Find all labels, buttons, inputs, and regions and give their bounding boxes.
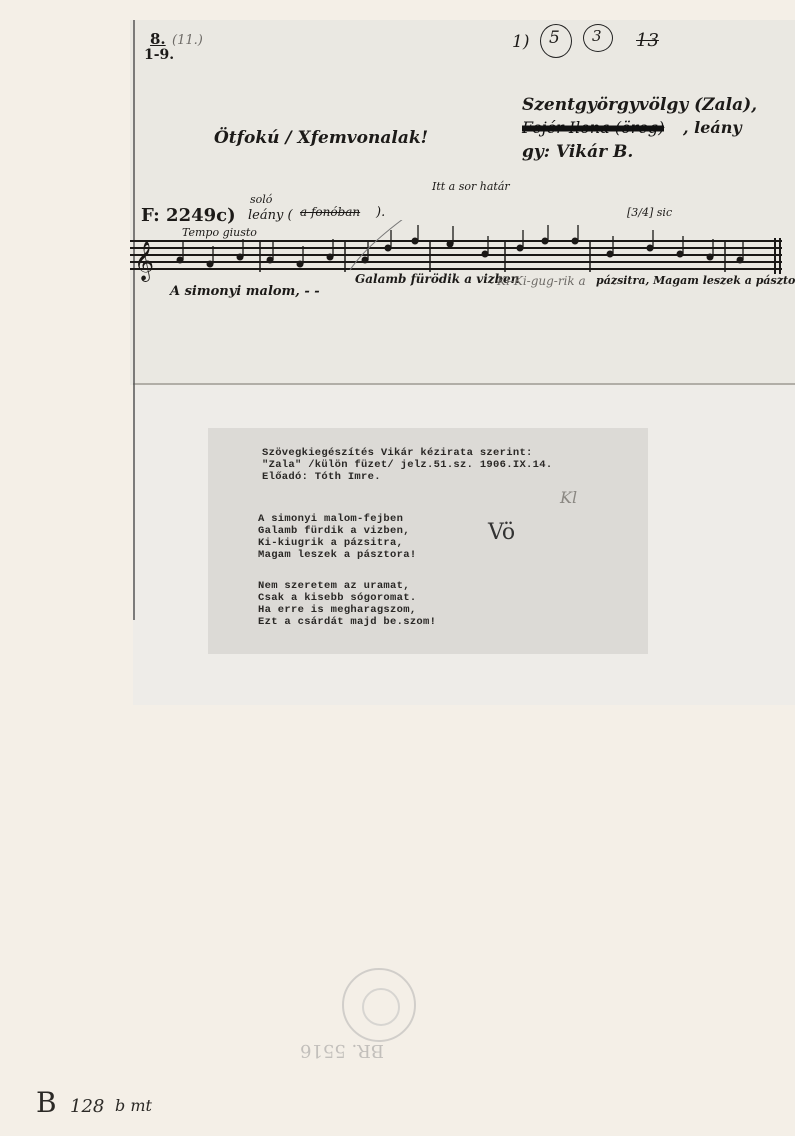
margin-mark-vo: Vö [488, 520, 515, 545]
bottom-label-letter: B [36, 1086, 57, 1119]
lyrics-3: Ki-Ki-gug-rik a [497, 274, 586, 288]
stamp-number: BR. 5516 [300, 1040, 384, 1061]
photo-left-edge [133, 20, 135, 620]
lyrics-2: Galamb fürödik a vizben [355, 272, 519, 286]
stanza-2-line-4: Ezt a csárdát majd be.szom! [258, 616, 436, 628]
location-line-1: Szentgyörgyvölgy (Zala), [522, 95, 757, 115]
number-5: 5 [549, 28, 560, 48]
tune-struck: a fonóban [300, 205, 360, 219]
svg-text:𝄞: 𝄞 [134, 241, 154, 282]
fold-line [133, 383, 795, 385]
margin-initials: Kl [560, 488, 577, 507]
number-1: 1) [512, 32, 529, 52]
time-signature: [3/4] sic [627, 206, 672, 219]
stanza-2-line-2: Csak a kisebb sógoromat. [258, 592, 416, 604]
photo-upper-section [130, 20, 795, 385]
number-13-struck: 13 [636, 30, 659, 51]
location-collector: gy: Vikár B. [522, 142, 633, 162]
lyrics-4: pázsitra, Magam leszek a pásztora. [596, 274, 795, 287]
stanza-2-line-1: Nem szeretem az uramat, [258, 580, 410, 592]
page-mark-denominator: 1-9. [144, 47, 174, 63]
page-mark-numerator: 8. [150, 30, 166, 48]
tune-close: ). [376, 205, 385, 220]
bottom-label-number: 128 [70, 1096, 104, 1117]
number-3: 3 [592, 27, 602, 45]
heading-note: Ötfokú / Xfemvonalak! [214, 128, 428, 148]
location-line-2-struck: Fejér Ilona (öreg) [522, 118, 664, 137]
archive-stamp [342, 968, 416, 1042]
stanza-1-line-4: Magam leszek a pásztora! [258, 549, 416, 561]
tune-solo: soló [250, 193, 272, 206]
location-line-2-suffix: , leány [683, 118, 742, 137]
stanza-1-line-1: A simonyi malom-fejben [258, 513, 403, 525]
typed-header-2: "Zala" /külön füzet/ jelz.51.sz. 1906.IX… [262, 459, 552, 471]
lyrics-1: A simonyi malom, - - [170, 284, 320, 299]
tune-itt-note: Itt a sor határ [432, 180, 510, 193]
stanza-1-line-3: Ki-kiugrik a pázsitra, [258, 537, 403, 549]
page-mark-circled: (11.) [172, 33, 203, 48]
stanza-2-line-3: Ha erre is megharagszom, [258, 604, 416, 616]
bottom-label-suffix: b mt [115, 1096, 152, 1115]
typed-header-3: Előadó: Tóth Imre. [262, 471, 381, 483]
stanza-1-line-2: Galamb fürdik a vizben, [258, 525, 410, 537]
typed-header-1: Szövegkiegészítés Vikár kézirata szerint… [262, 447, 533, 459]
